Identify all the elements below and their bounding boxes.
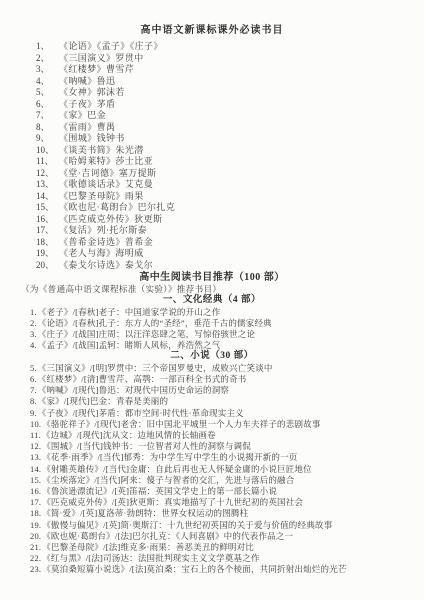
item-text: 《简·爱》/[英]夏洛蒂·勃朗特：世界女权运动的图腾柱 xyxy=(42,508,248,519)
item-text: 《骆驼祥子》/[现代]老舍：旧中国北平城里一个人力车夫祥子的悲剧故事 xyxy=(42,419,320,430)
list-item: 16、《匹克威克外传》狄更斯 xyxy=(36,214,424,226)
list-item: 7.《呐喊》/[现代]鲁迅：对现代中国历史命运的洞察 xyxy=(30,385,424,396)
list-item: 1.《老子》/[春秋]老子：中国道家学说的开山之作 xyxy=(30,307,424,318)
item-number: 15、 xyxy=(36,202,56,214)
item-text: 《谈美书简》朱光潜 xyxy=(59,145,144,157)
item-text: 《家》巴金 xyxy=(59,110,106,122)
list-item: 10.《骆驼祥子》/[现代]老舍：旧中国北平城里一个人力车夫祥子的悲剧故事 xyxy=(30,419,424,430)
item-text: 《家》/[现代]巴金：青春是美丽的 xyxy=(38,396,168,407)
list-item: 18.《简·爱》/[英]夏洛蒂·勃朗特：世界女权运动的图腾柱 xyxy=(30,508,424,519)
list-item: 2.《论语》/[春秋]孔子：东方人的“圣经”，垂范千古的儒家经典 xyxy=(30,318,424,329)
item-text: 《红楼梦》曹雪芹 xyxy=(59,64,134,76)
item-number: 16、 xyxy=(36,214,56,226)
item-text: 《三国演义》罗贯中 xyxy=(59,53,144,65)
item-number: 9. xyxy=(30,408,37,419)
item-number: 10. xyxy=(30,419,41,430)
item-number: 5、 xyxy=(36,87,56,99)
list-item: 19、《老人与海》海明威 xyxy=(36,248,424,260)
list-item: 5、《女神》郭沫若 xyxy=(36,87,424,99)
item-number: 6、 xyxy=(36,99,56,111)
item-number: 13、 xyxy=(36,179,56,191)
list-item: 10、《谈美书简》朱光潜 xyxy=(36,145,424,157)
list-item: 15、《欧也尼·葛朗台》巴尔扎克 xyxy=(36,202,424,214)
item-number: 11、 xyxy=(36,156,56,168)
list-item: 14、《巴黎圣母院》雨果 xyxy=(36,191,424,203)
item-number: 20、 xyxy=(36,260,56,272)
item-text: 《鲁滨逊漂流记》/[英]笛福：英国文学史上的第一部长篇小说 xyxy=(42,486,277,497)
list-item: 13.《花季·雨季》/[当代]郁秀：为中学生写中学生的小说揭开新的一页 xyxy=(30,452,424,463)
list-item: 3、《红楼梦》曹雪芹 xyxy=(36,64,424,76)
item-text: 《呐喊》/[现代]鲁迅：对现代中国历史命运的洞察 xyxy=(38,385,229,396)
item-number: 4、 xyxy=(36,76,56,88)
item-number: 9、 xyxy=(36,133,56,145)
list-item: 4、《呐喊》鲁迅 xyxy=(36,76,424,88)
item-text: 《匹克威克外传》/[英]狄更斯：真实地描写了十九世纪初的英国社会 xyxy=(42,497,303,508)
item-number: 2. xyxy=(30,318,37,329)
item-number: 17. xyxy=(30,497,41,508)
item-text: 《孟子》/[战国]孟轲：睹斯人风标，养浩然之气 xyxy=(38,340,221,351)
list-item: 3.《庄子》/[战国]庄周：以汪洋恣肆之笔，写惊俗骇世之论 xyxy=(30,329,424,340)
list-item: 5.《三国演义》/[明]罗贯中：三个帝国罗曼史，成败兴亡笑谈中 xyxy=(30,363,424,374)
list-item: 11、《哈姆莱特》莎士比亚 xyxy=(36,156,424,168)
item-text: 《巴黎圣母院》雨果 xyxy=(59,191,144,203)
item-text: 《射雕英雄传》/[当代]金庸：自此后再也无人怀疑金庸的小说巨匠地位 xyxy=(42,464,312,475)
item-number: 5. xyxy=(30,363,37,374)
item-text: 《呐喊》鲁迅 xyxy=(59,76,115,88)
list-item: 16.《鲁滨逊漂流记》/[英]笛福：英国文学史上的第一部长篇小说 xyxy=(30,486,424,497)
item-number: 1、 xyxy=(36,41,56,53)
item-text: 《雷雨》曹禺 xyxy=(59,122,115,134)
item-number: 19. xyxy=(30,520,41,531)
item-number: 12. xyxy=(30,441,41,452)
item-number: 19、 xyxy=(36,248,56,260)
item-number: 18. xyxy=(30,508,41,519)
item-text: 《哈姆莱特》莎士比亚 xyxy=(59,156,153,168)
list-item: 12、《堂·吉诃德》塞万提斯 xyxy=(36,168,424,180)
item-text: 《傲慢与偏见》/[英]简·奥斯汀：十九世纪初英国的关于爱与价值的经典故事 xyxy=(42,520,332,531)
page-title: 高中语文新课标课外必读书目 xyxy=(0,24,424,37)
item-number: 3. xyxy=(30,329,37,340)
item-text: 《老子》/[春秋]老子：中国道家学说的开山之作 xyxy=(38,307,221,318)
item-number: 11. xyxy=(30,430,41,441)
item-number: 18、 xyxy=(36,237,56,249)
item-text: 《歌德谈话录》艾克曼 xyxy=(59,179,153,191)
item-text: 《女神》郭沫若 xyxy=(59,87,125,99)
document-page: 高中语文新课标课外必读书目 1、《论语》《孟子》《庄子》2、《三国演义》罗贯中3… xyxy=(0,0,424,600)
item-text: 《莫泊桑短篇小说选》/[法]莫泊桑：宝石上的各个棱面，共同折射出灿烂的光芒 xyxy=(42,564,346,575)
list-item: 20、《泰戈尔诗选》泰戈尔 xyxy=(36,260,424,272)
list-item: 19.《傲慢与偏见》/[英]简·奥斯汀：十九世纪初英国的关于爱与价值的经典故事 xyxy=(30,520,424,531)
item-text: 《子夜》茅盾 xyxy=(59,99,115,111)
section-heading: 二、小说（30 部） xyxy=(0,351,424,363)
item-number: 7. xyxy=(30,385,37,396)
item-number: 1. xyxy=(30,307,37,318)
list-item: 18、《普希金诗选》普希金 xyxy=(36,237,424,249)
recommend-list: 一、文化经典（4 部）1.《老子》/[春秋]老子：中国道家学说的开山之作2.《论… xyxy=(0,295,424,576)
list-item: 11.《边城》/[现代]沈从文：边地风情的长轴画卷 xyxy=(30,430,424,441)
list-item: 8.《家》/[现代]巴金：青春是美丽的 xyxy=(30,396,424,407)
item-number: 7、 xyxy=(36,110,56,122)
list-item: 23.《莫泊桑短篇小说选》/[法]莫泊桑：宝石上的各个棱面，共同折射出灿烂的光芒 xyxy=(30,564,424,575)
item-number: 21. xyxy=(30,542,41,553)
list-item: 17、《复活》列·托尔斯泰 xyxy=(36,225,424,237)
list-item: 14.《射雕英雄传》/[当代]金庸：自此后再也无人怀疑金庸的小说巨匠地位 xyxy=(30,464,424,475)
list-item: 2、《三国演义》罗贯中 xyxy=(36,53,424,65)
item-number: 6. xyxy=(30,374,37,385)
item-text: 《红与黑》/[法]司汤达：法国批判现实主义文学奠基之作 xyxy=(42,553,259,564)
list-item: 20.《欧也妮·葛朗台》/[法]巴尔扎克：《人间喜剧》中的代表作品之一 xyxy=(30,531,424,542)
required-reading-list: 1、《论语》《孟子》《庄子》2、《三国演义》罗贯中3、《红楼梦》曹雪芹4、《呐喊… xyxy=(36,41,424,271)
list-item: 7、《家》巴金 xyxy=(36,110,424,122)
list-item: 8、《雷雨》曹禺 xyxy=(36,122,424,134)
item-text: 《三国演义》/[明]罗贯中：三个帝国罗曼史，成败兴亡笑谈中 xyxy=(38,363,273,374)
list-item: 13、《歌德谈话录》艾克曼 xyxy=(36,179,424,191)
list-item: 15.《尘埃落定》/[当代]阿来：傻子与智者的交汇，先进与落后的融合 xyxy=(30,475,424,486)
item-number: 12、 xyxy=(36,168,56,180)
item-text: 《论语》/[春秋]孔子：东方人的“圣经”，垂范千古的儒家经典 xyxy=(38,318,272,329)
item-text: 《子夜》/[现代]茅盾：都市空间·时代性·革命现实主义 xyxy=(38,408,244,419)
item-number: 23. xyxy=(30,564,41,575)
item-number: 16. xyxy=(30,486,41,497)
item-number: 8、 xyxy=(36,122,56,134)
item-number: 14、 xyxy=(36,191,56,203)
recommend-heading: 高中生阅读书目推荐（100 部） xyxy=(0,271,424,284)
list-item: 12.《围城》/[当代]钱钟书：一位智者对人性的洞察与调侃 xyxy=(30,441,424,452)
item-number: 10、 xyxy=(36,145,56,157)
item-text: 《复活》列·托尔斯泰 xyxy=(59,225,147,237)
item-number: 20. xyxy=(30,531,41,542)
list-item: 17.《匹克威克外传》/[英]狄更斯：真实地描写了十九世纪初的英国社会 xyxy=(30,497,424,508)
item-number: 14. xyxy=(30,464,41,475)
item-text: 《边城》/[现代]沈从文：边地风情的长轴画卷 xyxy=(42,430,216,441)
item-text: 《泰戈尔诗选》泰戈尔 xyxy=(59,260,153,272)
recommend-subtitle: （为《普通高中语文课程标准（实验）》推荐书目） xyxy=(21,284,424,295)
item-text: 《庄子》/[战国]庄周：以汪洋恣肆之笔，写惊俗骇世之论 xyxy=(38,329,255,340)
item-number: 22. xyxy=(30,553,41,564)
item-text: 《堂·吉诃德》塞万提斯 xyxy=(59,168,156,180)
item-text: 《欧也尼·葛朗台》巴尔扎克 xyxy=(59,202,175,214)
item-number: 17、 xyxy=(36,225,56,237)
list-item: 6、《子夜》茅盾 xyxy=(36,99,424,111)
item-text: 《欧也妮·葛朗台》/[法]巴尔扎克：《人间喜剧》中的代表作品之一 xyxy=(42,531,293,542)
item-number: 15. xyxy=(30,475,41,486)
list-item: 21.《巴黎圣母院》/[法]维克多·雨果：善恶美丑的鲜明对比 xyxy=(30,542,424,553)
item-text: 《围城》钱钟书 xyxy=(59,133,125,145)
item-number: 2、 xyxy=(36,53,56,65)
list-item: 9、《围城》钱钟书 xyxy=(36,133,424,145)
list-item: 22.《红与黑》/[法]司汤达：法国批判现实主义文学奠基之作 xyxy=(30,553,424,564)
list-item: 4.《孟子》/[战国]孟轲：睹斯人风标，养浩然之气 xyxy=(30,340,424,351)
item-number: 8. xyxy=(30,396,37,407)
section-heading: 一、文化经典（4 部） xyxy=(0,295,424,307)
item-number: 4. xyxy=(30,340,37,351)
list-item: 9.《子夜》/[现代]茅盾：都市空间·时代性·革命现实主义 xyxy=(30,408,424,419)
item-text: 《匹克威克外传》狄更斯 xyxy=(59,214,162,226)
item-number: 3、 xyxy=(36,64,56,76)
list-item: 6.《红楼梦》/[清]曹雪芹、高鹗：一部百科全书式的奇书 xyxy=(30,374,424,385)
item-number: 13. xyxy=(30,452,41,463)
item-text: 《围城》/[当代]钱钟书：一位智者对人性的洞察与调侃 xyxy=(42,441,251,452)
item-text: 《红楼梦》/[清]曹雪芹、高鹗：一部百科全书式的奇书 xyxy=(38,374,247,385)
list-item: 1、《论语》《孟子》《庄子》 xyxy=(36,41,424,53)
item-text: 《尘埃落定》/[当代]阿来：傻子与智者的交汇，先进与落后的融合 xyxy=(42,475,294,486)
item-text: 《论语》《孟子》《庄子》 xyxy=(59,41,163,53)
item-text: 《普希金诗选》普希金 xyxy=(59,237,153,249)
item-text: 《巴黎圣母院》/[法]维克多·雨果：善恶美丑的鲜明对比 xyxy=(42,542,254,553)
item-text: 《花季·雨季》/[当代]郁秀：为中学生写中学生的小说揭开新的一页 xyxy=(42,452,297,463)
item-text: 《老人与海》海明威 xyxy=(59,248,144,260)
